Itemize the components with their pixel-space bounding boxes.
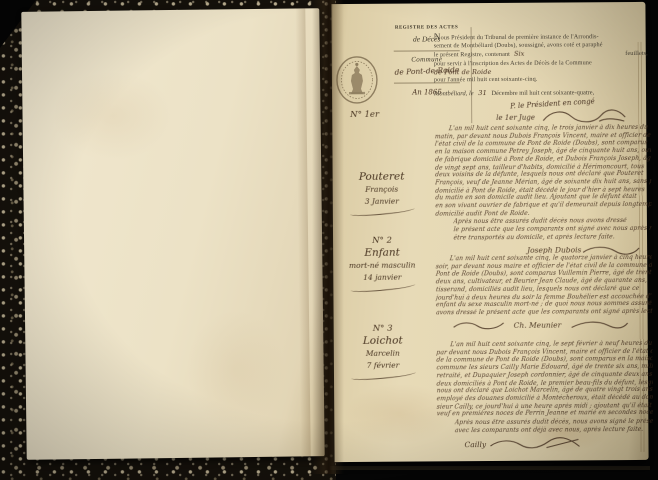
act-signature: Joseph Dubois xyxy=(527,245,581,254)
page-stain xyxy=(52,70,173,161)
act-signature: Cailly xyxy=(464,440,486,449)
act-signature: Ch. Meunier xyxy=(514,320,562,329)
handwritten-line: veuf en premières noces de Perrin Jeanne… xyxy=(436,409,653,418)
handwritten-line: avec les comparants ont déjà avec nous, … xyxy=(454,426,653,435)
death-act-2: L'an mil huit cent soixante cinq, le qua… xyxy=(435,254,652,332)
act-signature-row: Cailly xyxy=(436,435,652,453)
act-number: N° 1er xyxy=(350,109,440,120)
page-stain xyxy=(185,309,286,430)
act-body: L'an mil huit cent soixante cinq, le qua… xyxy=(435,254,651,317)
handwritten-line: mort-né masculin xyxy=(337,259,427,272)
act-number: N° 2 xyxy=(337,235,427,246)
signature-flourish-icon xyxy=(569,318,629,331)
page-crease xyxy=(295,8,310,456)
register-scan-photo: REGISTRE DES ACTES de Décès Commune de P… xyxy=(0,0,658,480)
death-act-3: L'an mil huit cent soixante cinq, le sep… xyxy=(436,340,653,453)
dateline-day-handwritten: 31 xyxy=(478,89,487,97)
register-title: REGISTRE DES ACTES xyxy=(388,25,466,31)
handwritten-line: Pouteret xyxy=(337,169,427,184)
right-register-page: REGISTRE DES ACTES de Décès Commune de P… xyxy=(331,2,648,462)
margin-record-lines: LoichotMarcelin7 février xyxy=(338,333,428,379)
act-number: N° 3 xyxy=(338,323,428,334)
commune-inscribed-handwritten: de Pont de Roide xyxy=(434,67,648,77)
act-body: L'an mil huit cent soixante cinq, le tro… xyxy=(434,124,651,218)
handwritten-line: Loichot xyxy=(338,333,428,348)
margin-record-enfant: N° 2 Enfantmort-né masculin14 janvier xyxy=(337,235,427,291)
handwritten-line: avons dressé le présent acte que les com… xyxy=(436,308,653,317)
handwritten-line: Enfant xyxy=(337,245,427,260)
dateline-suffix: Décembre mil huit cent soixante-quatre, xyxy=(491,89,594,97)
death-act-1: L'an mil huit cent soixante cinq, le tro… xyxy=(434,124,651,258)
president-signature-block: P. le Président en congé le 1er Juge xyxy=(482,98,648,127)
act-body: L'an mil huit cent soixante cinq, le sep… xyxy=(436,340,653,419)
handwritten-line: Marcelin xyxy=(338,347,428,360)
act-closing: Après nous être assurés dudit décès, nou… xyxy=(436,418,652,435)
timbre-imperial-stamp-icon xyxy=(334,54,380,106)
certification-line: pour l'année mil huit cent soixante-cinq… xyxy=(434,75,648,85)
handwritten-line: 7 février xyxy=(338,359,428,372)
signer-title: le 1er Juge xyxy=(496,114,535,122)
margin-record-lines: Enfantmort-né masculin14 janvier xyxy=(337,245,427,291)
signature-flourish-icon xyxy=(486,436,582,453)
dateline-prefix: Montbéliard, le xyxy=(434,90,474,97)
handwritten-line: être transportés au domicile, et après l… xyxy=(453,233,652,242)
handwritten-line: 14 janvier xyxy=(337,271,427,284)
signature-flourish-icon xyxy=(452,319,506,332)
act-closing: Après nous être assurés dudit décès nous… xyxy=(435,217,651,242)
margin-record-pouteret: PouteretFrançois3 Janvier xyxy=(337,169,427,215)
certification-paragraph: Nous Président du Tribunal de première i… xyxy=(434,32,648,85)
cover-bottom-edge xyxy=(330,466,650,470)
left-blank-page xyxy=(21,8,324,460)
folio-count-handwritten: Six xyxy=(514,50,525,58)
handwritten-line: 3 Janvier xyxy=(337,195,427,208)
act-signature-row: Ch. Meunier xyxy=(436,317,652,332)
margin-record-number: N° 1er xyxy=(340,109,440,120)
certification-line-text: feuillets, xyxy=(625,50,648,58)
handwritten-line: François xyxy=(337,183,427,196)
margin-record-loichot: N° 3 LoichotMarcelin7 février xyxy=(338,323,428,379)
certification-line-text: le présent Registre, contenant xyxy=(434,51,510,60)
margin-record-lines: PouteretFrançois3 Janvier xyxy=(337,169,427,215)
